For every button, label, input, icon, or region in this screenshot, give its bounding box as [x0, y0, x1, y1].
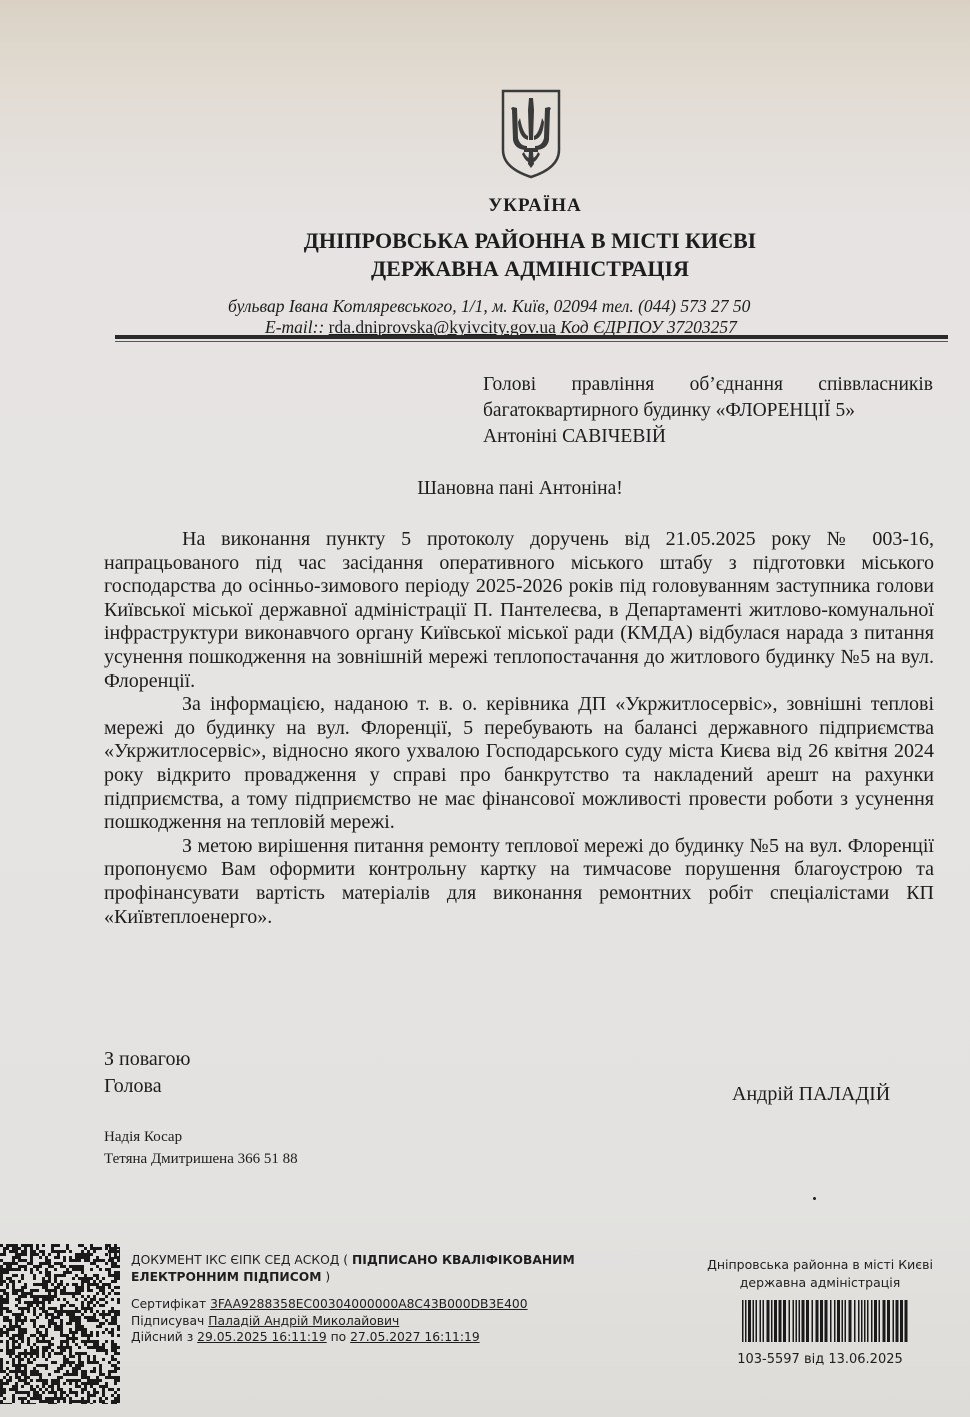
addressee-block: Голові правління об’єднання співвласникі… [483, 372, 933, 450]
country-name: УКРАЇНА [100, 195, 970, 217]
addressee-name: Антоніні САВІЧЕВІЙ [483, 424, 933, 450]
registration-number: 103-5597 від 13.06.2025 [700, 1352, 940, 1367]
header-divider-thin [115, 341, 948, 342]
stray-mark [813, 1197, 816, 1200]
header-divider-thick [115, 335, 948, 339]
esign-title: ДОКУМЕНТ ІКС ЄІПК СЕД АСКОД ( ПІДПИСАНО … [131, 1252, 601, 1286]
closing-regards: З повагою [104, 1046, 190, 1073]
signer-position: Голова [104, 1073, 190, 1100]
email-link[interactable]: rda.dniprovska@kyivcity.gov.ua [329, 317, 556, 337]
organization-address: бульвар Івана Котляревського, 1/1, м. Ки… [228, 296, 750, 317]
organization-name-line1: ДНІПРОВСЬКА РАЙОННА В МІСТІ КИЄВІ [100, 228, 960, 254]
closing-block: З повагою Голова [104, 1046, 190, 1100]
valid-from: 29.05.2025 16:11:19 [197, 1330, 327, 1344]
valid-to: 27.05.2027 16:11:19 [350, 1330, 480, 1344]
barcode-icon [742, 1300, 912, 1342]
body-paragraph: За інформацією, наданою т. в. о. керівни… [104, 693, 934, 835]
trident-coat-of-arms-icon [500, 88, 562, 180]
greeting: Шановна пані Антоніна! [0, 478, 970, 500]
registration-stamp: Дніпровська районна в місті Києві держав… [700, 1256, 940, 1292]
registration-org-line1: Дніпровська районна в місті Києві [700, 1256, 940, 1274]
body-paragraph: З метою вирішення питання ремонту теплов… [104, 835, 934, 929]
registration-org-line2: державна адміністрація [700, 1274, 940, 1292]
organization-name-line2: ДЕРЖАВНА АДМІНІСТРАЦІЯ [100, 256, 960, 282]
signer-value: Паладій Андрій Миколайович [208, 1314, 399, 1328]
executor-name: Надія Косар [104, 1126, 298, 1148]
validity-row: Дійсний з 29.05.2025 16:11:19 по 27.05.2… [131, 1329, 601, 1346]
edrpou-code: Код ЄДРПОУ 37203257 [556, 317, 737, 337]
body-paragraph: На виконання пункту 5 протоколу доручень… [104, 528, 934, 693]
qr-code-icon[interactable] [0, 1244, 120, 1404]
letter-body: На виконання пункту 5 протоколу доручень… [104, 528, 934, 929]
certificate-value: 3FAA9288358EC00304000000A8C43B000DB3E400 [210, 1297, 527, 1311]
addressee-line: багатоквартирного будинку «ФЛОРЕНЦІЇ 5» [483, 398, 933, 424]
signer-row: Підписувач Паладій Андрій Миколайович [131, 1313, 601, 1330]
email-label: E-mail:: [265, 317, 329, 337]
signer-name: Андрій ПАЛАДІЙ [732, 1083, 890, 1106]
certificate-row: Сертифікат 3FAA9288358EC00304000000A8C43… [131, 1296, 601, 1313]
addressee-line: Голові правління об’єднання співвласникі… [483, 372, 933, 398]
electronic-signature-block: ДОКУМЕНТ ІКС ЄІПК СЕД АСКОД ( ПІДПИСАНО … [131, 1252, 601, 1346]
executor-contact: Тетяна Дмитришена 366 51 88 [104, 1148, 298, 1170]
executors-block: Надія Косар Тетяна Дмитришена 366 51 88 [104, 1126, 298, 1170]
